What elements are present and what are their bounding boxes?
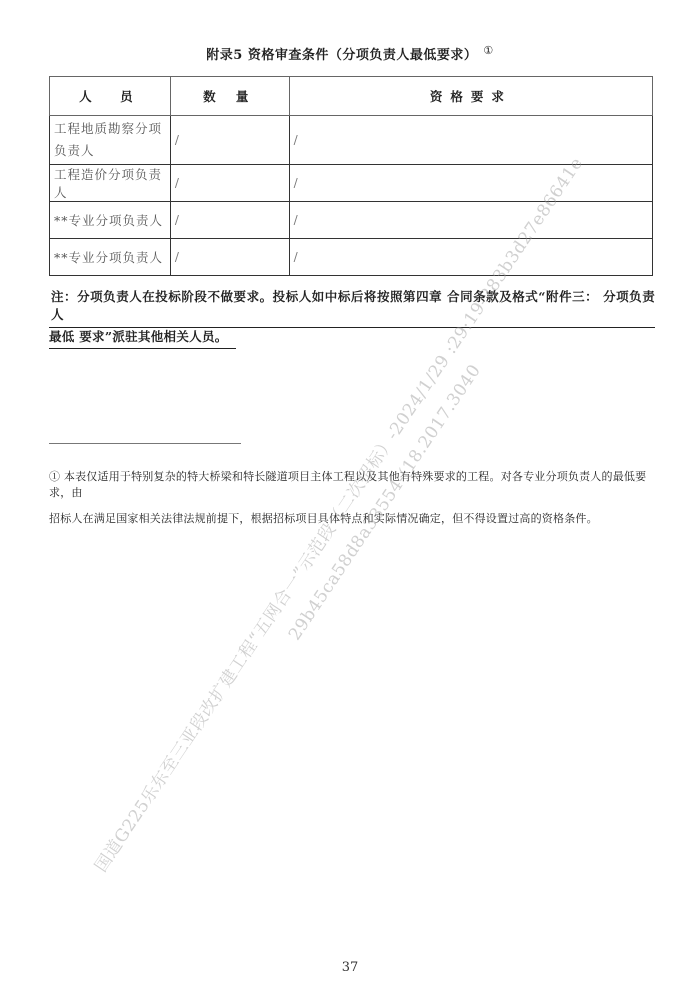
table-row: 工程造价分项负责人 / / xyxy=(50,165,653,202)
header-requirements: 资格要求 xyxy=(289,77,652,116)
cell-person: 工程造价分项负责人 xyxy=(50,165,171,202)
table-note-line-1: 注：分项负责人在投标阶段不做要求。投标人如中标后将按照第四章 合同条款及格式“附… xyxy=(49,287,655,328)
table-note-line-2: 最低 要求”派驻其他相关人员。 xyxy=(49,327,236,349)
footnote-separator xyxy=(49,443,241,444)
cell-requirement: / xyxy=(289,165,652,202)
cell-quantity: / xyxy=(170,165,289,202)
footnote-line-2: 招标人在满足国家相关法律法规前提下，根据招标项目具体特点和实际情况确定，但不得设… xyxy=(49,510,661,526)
header-quantity: 数 量 xyxy=(170,77,289,116)
cell-requirement: / xyxy=(289,239,652,276)
footnote-reference-mark: ① xyxy=(483,44,493,57)
cell-quantity: / xyxy=(170,202,289,239)
cell-requirement: / xyxy=(289,116,652,165)
cell-requirement: / xyxy=(289,202,652,239)
page-title: 附录5 资格审查条件（分项负责人最低要求）① xyxy=(0,44,700,63)
table-row: **专业分项负责人 / / xyxy=(50,202,653,239)
table-row: 工程地质勘察分项负责人 / / xyxy=(50,116,653,165)
page-title-text: 附录5 资格审查条件（分项负责人最低要求） xyxy=(206,48,477,63)
cell-person: **专业分项负责人 xyxy=(50,202,171,239)
header-personnel: 人 员 xyxy=(50,77,171,116)
table-row: **专业分项负责人 / / xyxy=(50,239,653,276)
cell-quantity: / xyxy=(170,239,289,276)
qualification-table: 人 员 数 量 资格要求 工程地质勘察分项负责人 / / 工程造价分项负责人 /… xyxy=(49,76,653,276)
footnote-line-1: ① 本表仅适用于特别复杂的特大桥梁和特长隧道项目主体工程以及其他有特殊要求的工程… xyxy=(49,468,661,500)
cell-quantity: / xyxy=(170,116,289,165)
watermark-line-2: 29b45ca58d8a33554-(18.2017.3040 xyxy=(285,361,485,644)
cell-person: **专业分项负责人 xyxy=(50,239,171,276)
table-header-row: 人 员 数 量 资格要求 xyxy=(50,77,653,116)
cell-person: 工程地质勘察分项负责人 xyxy=(50,116,171,165)
page-number: 37 xyxy=(0,960,700,975)
